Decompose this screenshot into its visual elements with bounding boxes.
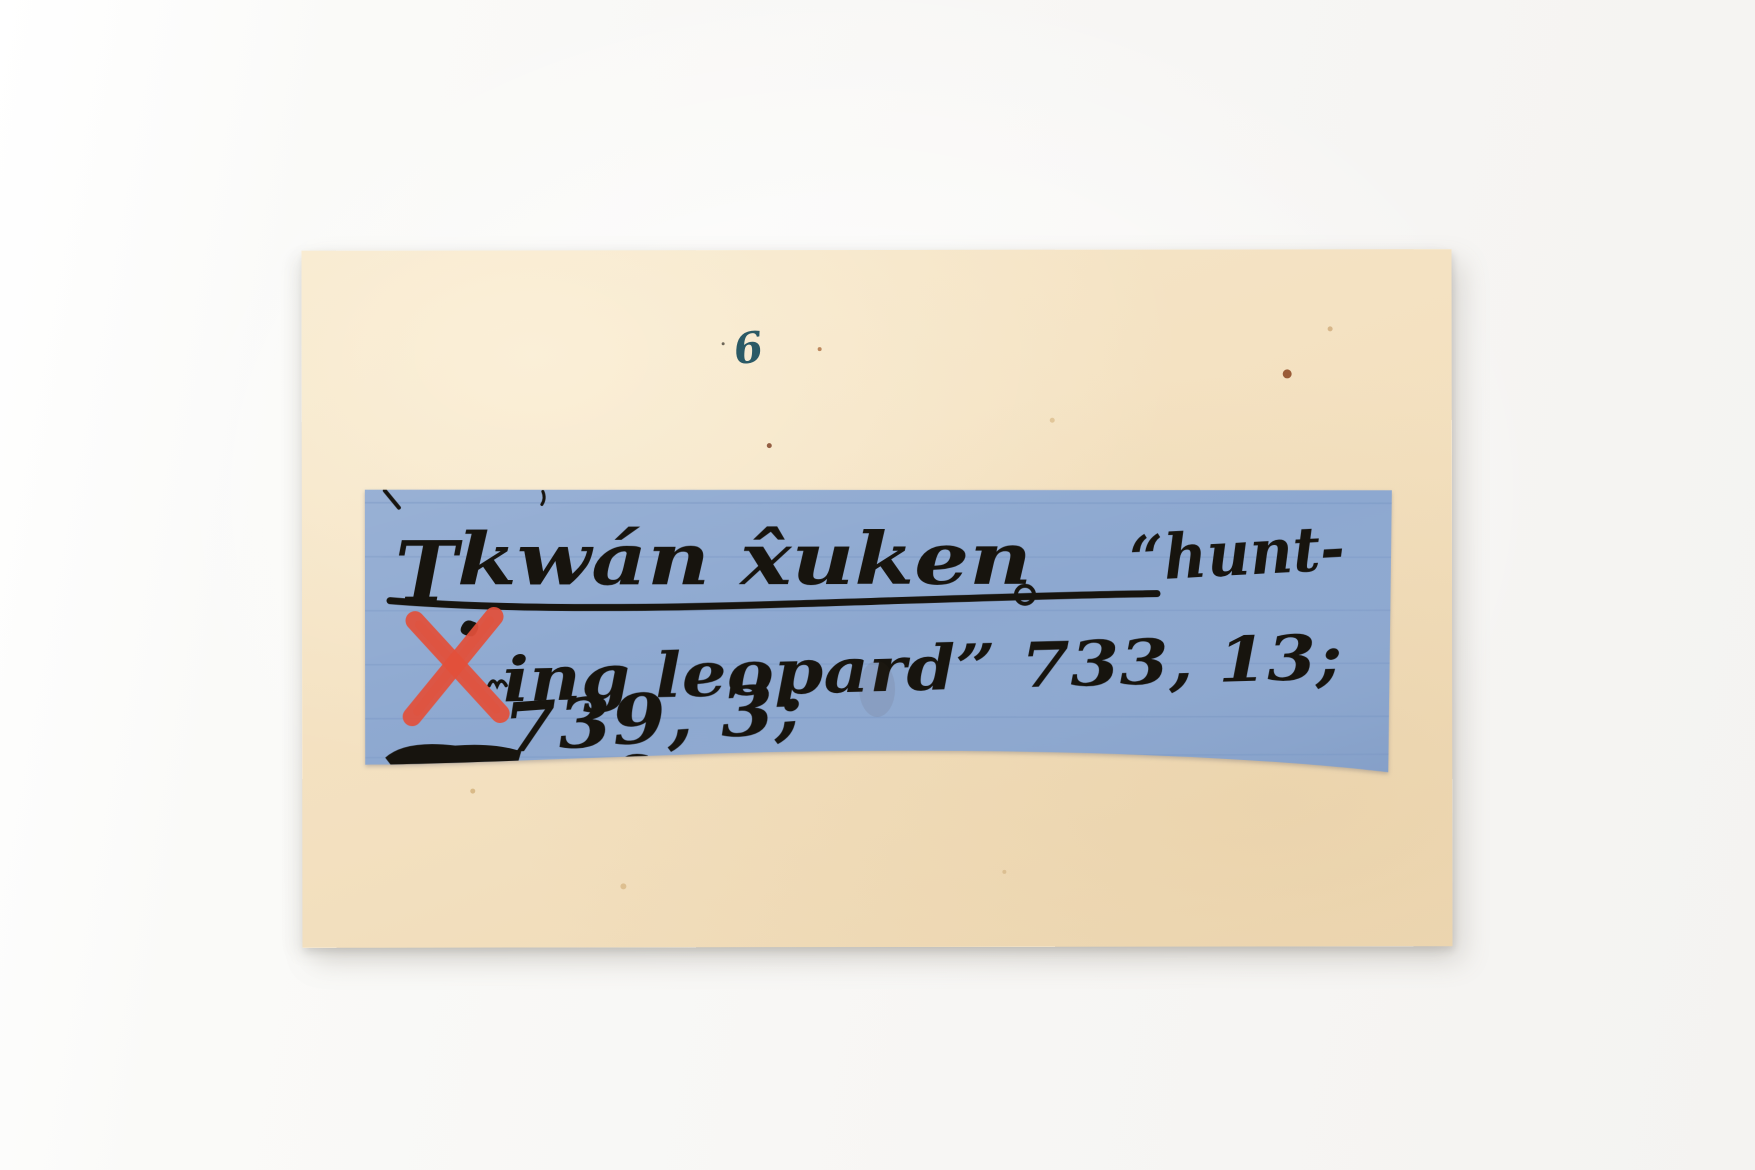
foxing-spot [767,443,772,448]
foxing-spot [470,789,475,794]
partial-line4-text: 6 [610,743,649,779]
phrase-text: kwán x̂uken [457,516,1032,602]
photograph-background: 6 [0,0,1755,1170]
foxing-spot [722,342,725,345]
smudge [859,661,895,717]
foxing-spot [1328,326,1333,331]
card-number-annotation: 6 [730,319,787,376]
foxing-spot [1283,369,1292,378]
blue-paper-slip: T kwán x̂uken “hunt- ing leopard” 733, 1… [365,486,1392,779]
index-card: 6 [302,249,1453,948]
foxing-spot [818,347,822,351]
gloss-start-text: “hunt- [1128,511,1347,595]
foxing-spot [620,883,626,889]
foxing-spots-layer [302,249,1452,251]
foxing-spot [1050,418,1055,423]
ink-blob [385,744,521,773]
foxing-spot [1002,870,1006,874]
